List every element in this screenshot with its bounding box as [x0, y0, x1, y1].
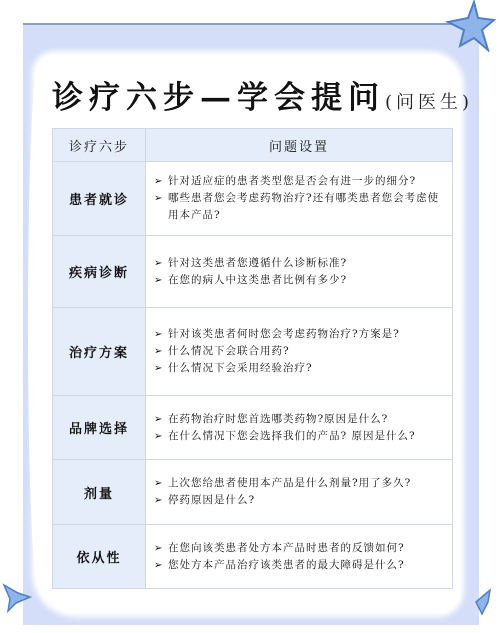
arrow-bullet-icon: ➢: [154, 173, 168, 190]
question-item: ➢在什么情况下您会选择我们的产品? 原因是什么?: [154, 428, 448, 445]
star-icon: [470, 588, 492, 618]
question-item: ➢针对该类患者何时您会考虑药物治疗?方案是?: [154, 326, 448, 343]
arrow-bullet-icon: ➢: [154, 540, 168, 557]
question-item: ➢针对这类患者您遵循什么诊断标准?: [154, 255, 448, 272]
title-main: 诊疗六步—学会提问: [52, 80, 385, 116]
table-header-row: 诊疗六步 问题设置: [53, 129, 453, 162]
table-row: 依从性 ➢在您向该类患者处方本产品时患者的反馈如何? ➢您处方本产品治疗该类患者…: [53, 525, 453, 589]
step-label: 治疗方案: [53, 308, 146, 396]
table-row: 品牌选择 ➢在药物治疗时您首选哪类药物?原因是什么? ➢在什么情况下您会选择我们…: [53, 396, 453, 460]
question-item: ➢停药原因是什么?: [154, 492, 448, 509]
question-list: ➢在您向该类患者处方本产品时患者的反馈如何? ➢您处方本产品治疗该类患者的最大障…: [146, 525, 453, 589]
question-list: ➢针对这类患者您遵循什么诊断标准? ➢在您的病人中这类患者比例有多少?: [146, 236, 453, 308]
question-list: ➢针对适应症的患者类型您是否会有进一步的细分? ➢哪些患者您会考虑药物治疗?还有…: [146, 162, 453, 236]
column-header-step: 诊疗六步: [53, 129, 146, 162]
question-item: ➢在您向该类患者处方本产品时患者的反馈如何?: [154, 540, 448, 557]
arrow-bullet-icon: ➢: [154, 343, 168, 360]
arrow-bullet-icon: ➢: [154, 360, 168, 377]
step-label: 品牌选择: [53, 396, 146, 460]
question-list: ➢在药物治疗时您首选哪类药物?原因是什么? ➢在什么情况下您会选择我们的产品? …: [146, 396, 453, 460]
arrow-bullet-icon: ➢: [154, 557, 168, 574]
question-item: ➢在药物治疗时您首选哪类药物?原因是什么?: [154, 411, 448, 428]
step-label: 疾病诊断: [53, 236, 146, 308]
arrow-bullet-icon: ➢: [154, 255, 168, 272]
star-icon: [444, 0, 496, 52]
column-header-questions: 问题设置: [146, 129, 453, 162]
step-label: 剂量: [53, 460, 146, 525]
arrow-bullet-icon: ➢: [154, 492, 168, 509]
question-item: ➢什么情况下会采用经验治疗?: [154, 360, 448, 377]
question-item: ➢上次您给患者使用本产品是什么剂量?用了多久?: [154, 475, 448, 492]
question-item: ➢什么情况下会联合用药?: [154, 343, 448, 360]
question-item: ➢您处方本产品治疗该类患者的最大障碍是什么?: [154, 557, 448, 574]
table-row: 患者就诊 ➢针对适应症的患者类型您是否会有进一步的细分? ➢哪些患者您会考虑药物…: [53, 162, 453, 236]
arrow-bullet-icon: ➢: [154, 326, 168, 343]
arrow-bullet-icon: ➢: [154, 411, 168, 428]
star-icon: [2, 583, 32, 613]
question-item: ➢在您的病人中这类患者比例有多少?: [154, 272, 448, 289]
question-list: ➢上次您给患者使用本产品是什么剂量?用了多久? ➢停药原因是什么?: [146, 460, 453, 525]
table-row: 疾病诊断 ➢针对这类患者您遵循什么诊断标准? ➢在您的病人中这类患者比例有多少?: [53, 236, 453, 308]
step-label: 依从性: [53, 525, 146, 589]
table-row: 治疗方案 ➢针对该类患者何时您会考虑药物治疗?方案是? ➢什么情况下会联合用药?…: [53, 308, 453, 396]
arrow-bullet-icon: ➢: [154, 428, 168, 445]
title-subtitle: (问医生): [385, 92, 473, 113]
arrow-bullet-icon: ➢: [154, 272, 168, 289]
arrow-bullet-icon: ➢: [154, 190, 168, 224]
question-item: ➢哪些患者您会考虑药物治疗?还有哪类患者您会考虑使用本产品?: [154, 190, 448, 224]
question-item: ➢针对适应症的患者类型您是否会有进一步的细分?: [154, 173, 448, 190]
question-list: ➢针对该类患者何时您会考虑药物治疗?方案是? ➢什么情况下会联合用药? ➢什么情…: [146, 308, 453, 396]
page-title: 诊疗六步—学会提问(问医生): [52, 72, 462, 117]
table-row: 剂量 ➢上次您给患者使用本产品是什么剂量?用了多久? ➢停药原因是什么?: [53, 460, 453, 525]
step-label: 患者就诊: [53, 162, 146, 236]
diagnosis-steps-table: 诊疗六步 问题设置 患者就诊 ➢针对适应症的患者类型您是否会有进一步的细分? ➢…: [52, 128, 453, 589]
arrow-bullet-icon: ➢: [154, 475, 168, 492]
